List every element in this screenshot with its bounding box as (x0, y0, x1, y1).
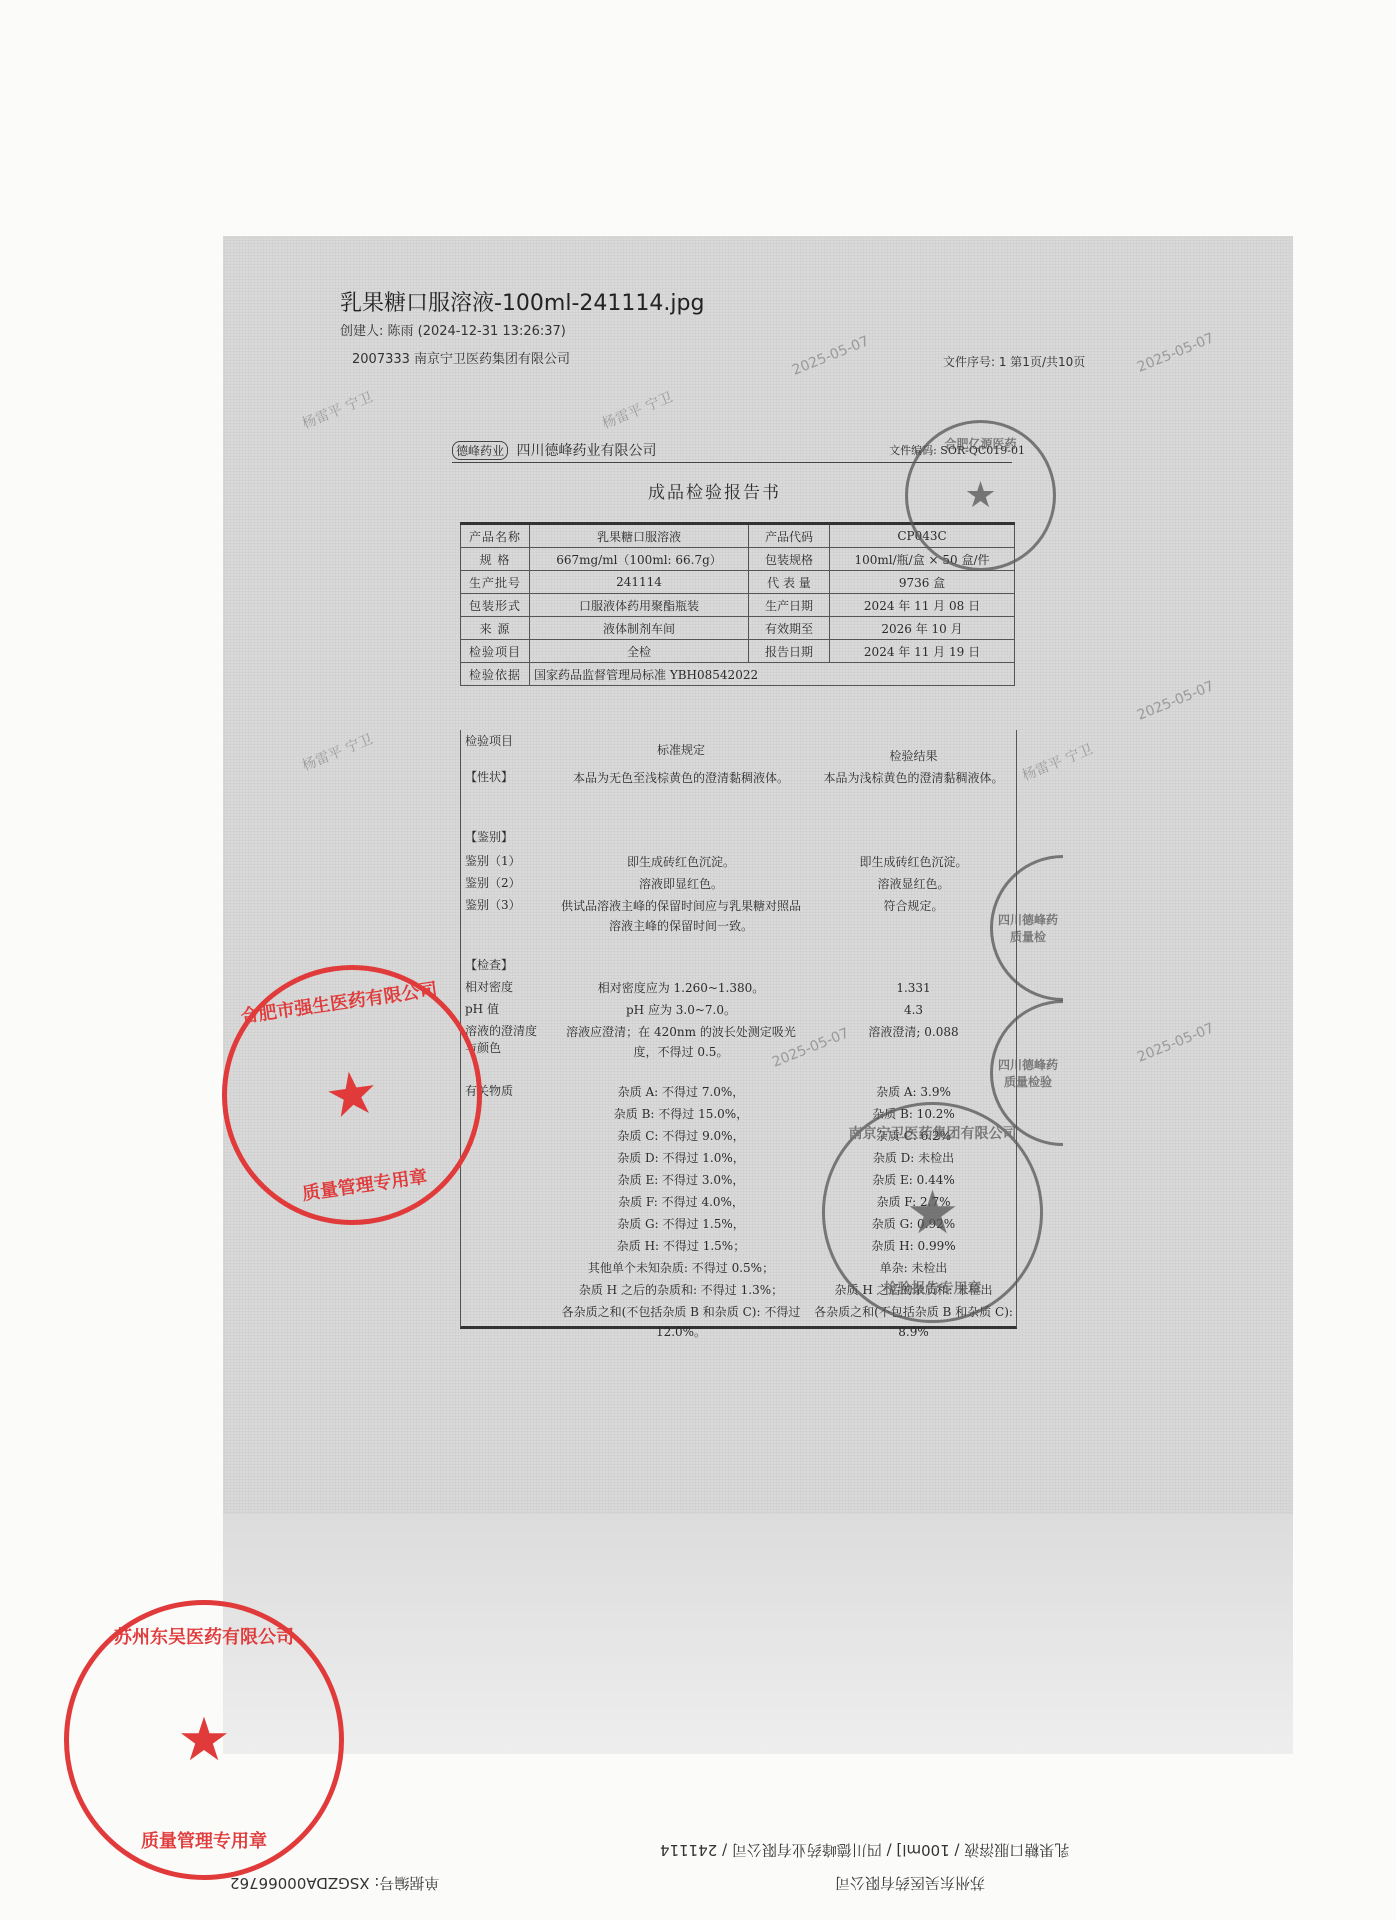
info-label: 包装形式 (461, 594, 530, 617)
result-standard: 杂质 C: 不得过 9.0%， (556, 1126, 806, 1146)
info-row: 包装形式口服液体药用聚酯瓶装生产日期2024 年 11 月 08 日 (461, 594, 1015, 617)
file-creator: 创建人: 陈雨 (2024-12-31 13:26:37) (340, 320, 566, 339)
star-icon: ★ (321, 1062, 383, 1129)
stamp-text: 四川德峰药 质量检 (998, 911, 1058, 945)
basis-label: 检验依据 (461, 663, 530, 686)
report-company: 四川德峰药业有限公司 (516, 443, 656, 459)
result-item: 鉴别（1） (465, 852, 545, 869)
result-item: 【检查】 (465, 956, 545, 973)
result-item: 【鉴别】 (465, 828, 545, 845)
info-label2: 报告日期 (749, 640, 830, 663)
result-standard: 溶液应澄清；在 420nm 的波长处测定吸光度，不得过 0.5。 (556, 1022, 806, 1062)
result-item: 溶液的澄清度与颜色 (465, 1022, 545, 1056)
result-standard: 杂质 A: 不得过 7.0%， (556, 1082, 806, 1102)
basis-row: 检验依据国家药品监督管理局标准 YBH08542022 (461, 663, 1015, 686)
info-row: 检验项目全检报告日期2024 年 11 月 19 日 (461, 640, 1015, 663)
info-value: 乳果糖口服溶液 (530, 524, 749, 548)
star-icon: ★ (906, 1183, 960, 1243)
result-item: pH 值 (465, 1000, 545, 1017)
stamp-text: 南京宁卫医药集团有限公司 (825, 1123, 1040, 1143)
info-label: 生产批号 (461, 571, 530, 594)
info-label: 产品名称 (461, 524, 530, 548)
nanjing-stamp: 南京宁卫医药集团有限公司 ★ 检验报告专用章 (822, 1102, 1043, 1323)
result-standard: 相对密度应为 1.260~1.380。 (556, 978, 806, 998)
result-result: 溶液显红色。 (811, 874, 1016, 894)
footer-company: 苏州东吴医药有限公司 (835, 1873, 985, 1894)
footer-product-line: 乳果糖口服溶液 / 100ml] / 四川德峰药业有限公司 / 241114 (660, 1840, 1069, 1861)
result-standard: pH 应为 3.0~7.0。 (556, 1000, 806, 1020)
info-label2: 生产日期 (749, 594, 830, 617)
info-value: 液体制剂车间 (530, 617, 749, 640)
info-label: 来 源 (461, 617, 530, 640)
result-standard: 杂质 H: 不得过 1.5%； (556, 1236, 806, 1256)
file-company: 2007333 南京宁卫医药集团有限公司 (352, 348, 570, 367)
info-label: 规 格 (461, 548, 530, 571)
stamp-text: 检验报告专用章 (825, 1278, 1040, 1298)
result-result: 即生成砖红色沉淀。 (811, 852, 1016, 872)
info-value2: 2024 年 11 月 19 日 (830, 640, 1015, 663)
header-standard: 标准规定 (556, 740, 806, 760)
result-result: 符合规定。 (811, 896, 1016, 916)
stamp-text: 四川德峰药 质量检验 (998, 1056, 1058, 1090)
result-item: 相对密度 (465, 978, 545, 995)
header-result: 检验结果 (811, 746, 1016, 766)
result-standard: 溶液即显红色。 (556, 874, 806, 894)
info-label2: 包装规格 (749, 548, 830, 571)
info-row: 来 源液体制剂车间有效期至2026 年 10 月 (461, 617, 1015, 640)
result-result: 溶液澄清; 0.088 (811, 1022, 1016, 1042)
result-standard: 杂质 G: 不得过 1.5%， (556, 1214, 806, 1234)
info-value2: 9736 盒 (830, 571, 1015, 594)
result-result: 杂质 A: 3.9% (811, 1082, 1016, 1102)
company-logo: 德峰药业 (452, 441, 508, 460)
info-value: 241114 (530, 571, 749, 594)
result-standard: 供试品溶液主峰的保留时间应与乳果糖对照品溶液主峰的保留时间一致。 (556, 896, 806, 936)
result-standard: 杂质 F: 不得过 4.0%， (556, 1192, 806, 1212)
report-title: 成品检验报告书 (648, 478, 781, 503)
result-result: 4.3 (811, 1000, 1016, 1020)
result-standard: 本品为无色至浅棕黄色的澄清黏稠液体。 (556, 768, 806, 788)
stamp-text: 质量管理专用章 (69, 1827, 339, 1853)
result-item: 鉴别（2） (465, 874, 545, 891)
stamp-text: 苏州东吴医药有限公司 (69, 1623, 339, 1649)
result-standard: 杂质 D: 不得过 1.0%， (556, 1148, 806, 1168)
info-value: 全检 (530, 640, 749, 663)
info-value2: 2026 年 10 月 (830, 617, 1015, 640)
info-value: 口服液体药用聚酯瓶装 (530, 594, 749, 617)
info-label2: 有效期至 (749, 617, 830, 640)
result-item: 【性状】 (465, 768, 545, 785)
basis-value: 国家药品监督管理局标准 YBH08542022 (530, 663, 1015, 686)
header-item: 检验项目 (465, 732, 545, 749)
result-standard: 杂质 H 之后的杂质和: 不得过 1.3%； (556, 1280, 806, 1300)
result-standard: 其他单个未知杂质: 不得过 0.5%； (556, 1258, 806, 1278)
footer-bill-number: 单据编号: XSGZDA00066762 (230, 1873, 439, 1894)
page-info: 文件序号: 1 第1页/共10页 (943, 353, 1085, 370)
info-row: 生产批号241114代 表 量9736 盒 (461, 571, 1015, 594)
result-result: 1.331 (811, 978, 1016, 998)
stamp-text: 合肥亿源医药 (908, 435, 1053, 452)
info-label: 检验项目 (461, 640, 530, 663)
info-value: 667mg/ml（100ml: 66.7g） (530, 548, 749, 571)
suzhou-stamp: 苏州东吴医药有限公司 ★ 质量管理专用章 (64, 1600, 344, 1880)
info-value2: 2024 年 11 月 08 日 (830, 594, 1015, 617)
result-item: 鉴别（3） (465, 896, 545, 913)
star-icon: ★ (177, 1710, 231, 1770)
result-standard: 即生成砖红色沉淀。 (556, 852, 806, 872)
result-standard: 杂质 B: 不得过 15.0%， (556, 1104, 806, 1124)
scanned-page-lower (223, 1514, 1293, 1754)
result-standard: 杂质 E: 不得过 3.0%， (556, 1170, 806, 1190)
file-title: 乳果糖口服溶液-100ml-241114.jpg (340, 286, 704, 317)
info-label2: 代 表 量 (749, 571, 830, 594)
top-right-stamp: 合肥亿源医药 ★ (905, 420, 1056, 571)
info-label2: 产品代码 (749, 524, 830, 548)
result-standard: 各杂质之和(不包括杂质 B 和杂质 C): 不得过 12.0%。 (556, 1302, 806, 1342)
star-icon: ★ (964, 478, 996, 514)
result-result: 本品为浅棕黄色的澄清黏稠液体。 (811, 768, 1016, 788)
